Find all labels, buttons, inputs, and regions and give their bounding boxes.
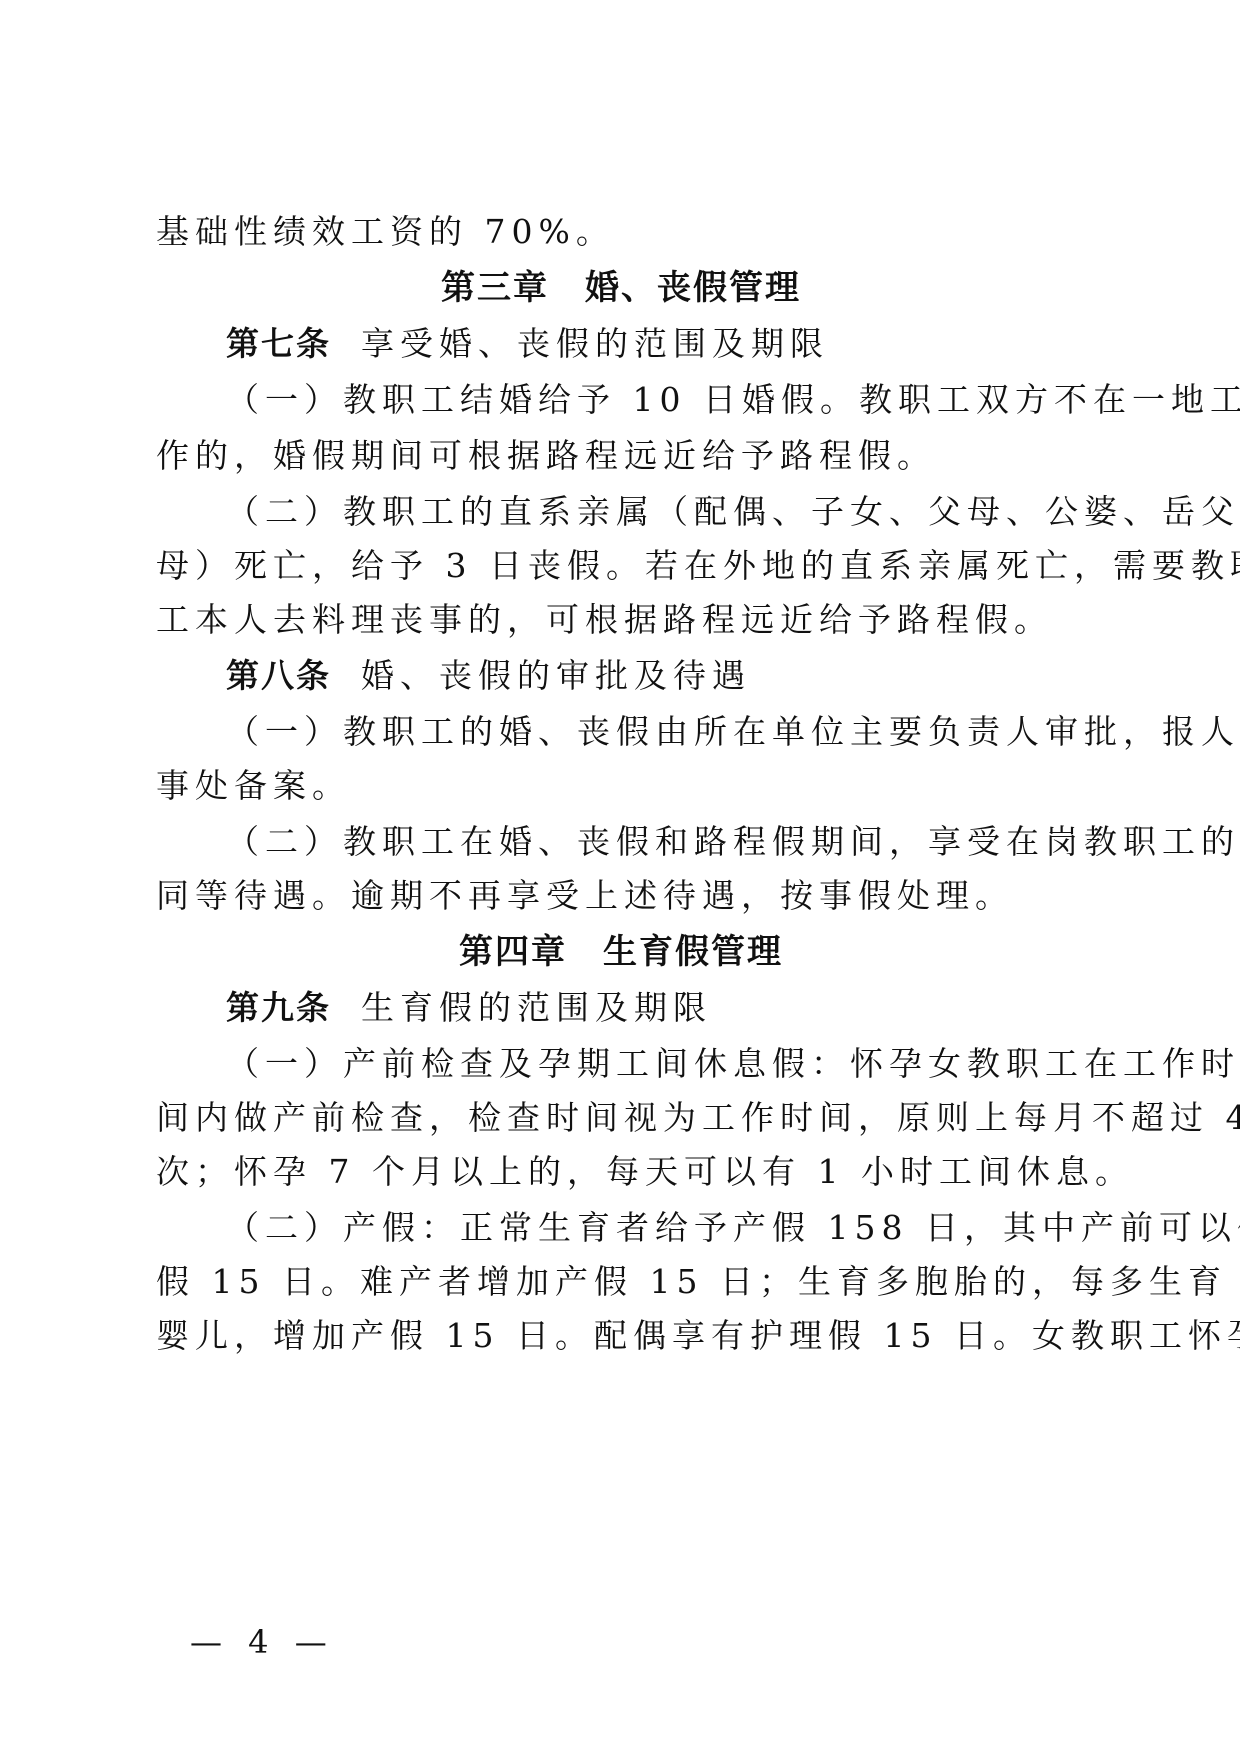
article-8-heading: 第八条婚、丧假的审批及待遇 bbox=[226, 656, 1086, 696]
article-7-item-1-line-1: （一）教职工结婚给予 10 日婚假。教职工双方不在一地工 bbox=[226, 380, 1086, 420]
chapter-3-heading: 第三章 婚、丧假管理 bbox=[156, 268, 1086, 308]
article-8-item-1-line-2: 事处备案。 bbox=[156, 766, 1086, 806]
article-9-title: 生育假的范围及期限 bbox=[361, 988, 712, 1027]
article-7-item-2-line-3: 工本人去料理丧事的，可根据路程远近给予路程假。 bbox=[156, 600, 1086, 640]
article-7-item-2-line-1: （二）教职工的直系亲属（配偶、子女、父母、公婆、岳父 bbox=[226, 492, 1086, 532]
article-9-item-1-line-2: 间内做产前检查，检查时间视为工作时间，原则上每月不超过 4 bbox=[156, 1098, 1086, 1138]
article-9-number: 第九条 bbox=[226, 988, 331, 1027]
article-8-item-1-line-1: （一）教职工的婚、丧假由所在单位主要负责人审批，报人 bbox=[226, 712, 1086, 752]
document-page: 基础性绩效工资的 70%。 第三章 婚、丧假管理 第七条享受婚、丧假的范围及期限… bbox=[0, 0, 1240, 1753]
article-7-title: 享受婚、丧假的范围及期限 bbox=[361, 324, 829, 363]
article-8-title: 婚、丧假的审批及待遇 bbox=[361, 656, 751, 695]
article-8-number: 第八条 bbox=[226, 656, 331, 695]
article-7-item-1-line-2: 作的，婚假期间可根据路程远近给予路程假。 bbox=[156, 436, 1086, 476]
article-9-item-2-line-1: （二）产假：正常生育者给予产假 158 日，其中产前可以休 bbox=[226, 1208, 1086, 1248]
article-8-item-2-line-1: （二）教职工在婚、丧假和路程假期间，享受在岗教职工的 bbox=[226, 822, 1086, 862]
paragraph-line: 基础性绩效工资的 70%。 bbox=[156, 212, 1086, 252]
article-9-heading: 第九条生育假的范围及期限 bbox=[226, 988, 1086, 1028]
article-8-item-2-line-2: 同等待遇。逾期不再享受上述待遇，按事假处理。 bbox=[156, 876, 1086, 916]
article-9-item-1-line-3: 次；怀孕 7 个月以上的，每天可以有 1 小时工间休息。 bbox=[156, 1152, 1086, 1192]
article-7-item-2-line-2: 母）死亡，给予 3 日丧假。若在外地的直系亲属死亡，需要教职 bbox=[156, 546, 1086, 586]
article-9-item-2-line-2: 假 15 日。难产者增加产假 15 日；生育多胞胎的，每多生育 1 个 bbox=[156, 1262, 1086, 1302]
chapter-4-heading: 第四章 生育假管理 bbox=[156, 932, 1086, 972]
article-7-heading: 第七条享受婚、丧假的范围及期限 bbox=[226, 324, 1086, 364]
article-9-item-2-line-3: 婴儿，增加产假 15 日。配偶享有护理假 15 日。女教职工怀孕未 bbox=[156, 1316, 1086, 1356]
article-9-item-1-line-1: （一）产前检查及孕期工间休息假：怀孕女教职工在工作时 bbox=[226, 1044, 1086, 1084]
page-number: — 4 — bbox=[190, 1622, 335, 1662]
article-7-number: 第七条 bbox=[226, 324, 331, 363]
